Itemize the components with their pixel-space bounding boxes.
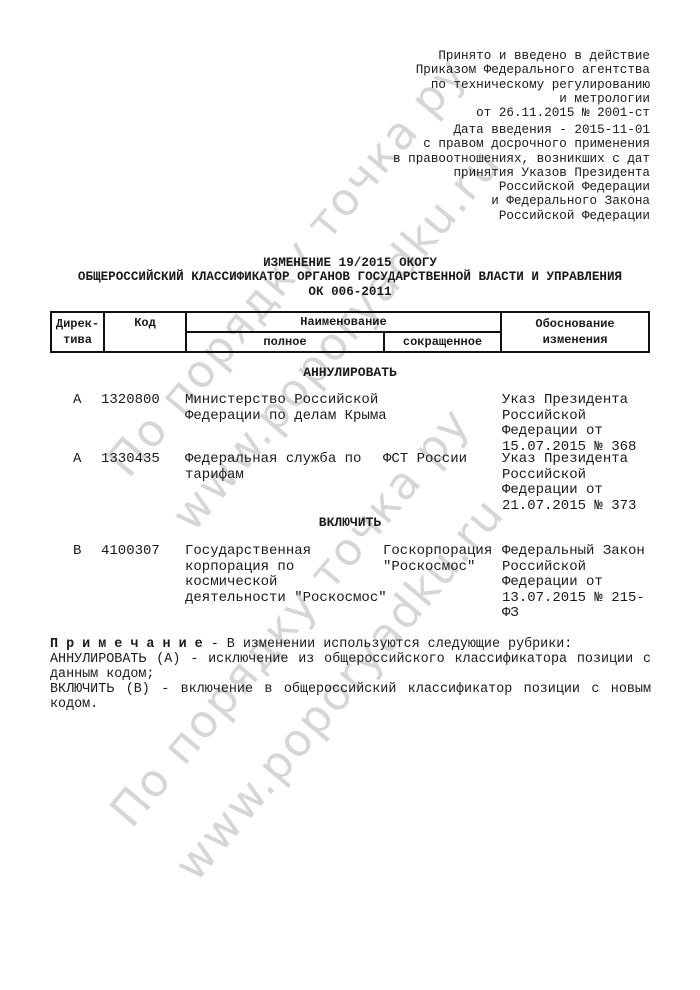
- adoption-block: Принято и введено в действие Приказом Фе…: [416, 49, 650, 120]
- introduction-block: Дата введения - 2015-11-01 с правом доср…: [393, 123, 650, 223]
- cell-directive: В: [73, 544, 93, 560]
- section-heading-annul: АННУЛИРОВАТЬ: [50, 365, 650, 380]
- cell-directive: А: [73, 452, 93, 468]
- section-heading-include: ВКЛЮЧИТЬ: [50, 515, 650, 530]
- cell-justification: Указ Президента Российской Федерации от …: [502, 393, 660, 455]
- note-line-5: кодом.: [50, 697, 651, 712]
- header-name-short: сокращенное: [385, 333, 500, 351]
- header-code: Код: [105, 313, 185, 333]
- note-line-2: АННУЛИРОВАТЬ (А) - исключение из общерос…: [50, 652, 651, 667]
- note-line-1: П р и м е ч а н и е - В изменении исполь…: [50, 637, 651, 652]
- cell-full-name: Государственная корпорация по космическо…: [185, 544, 390, 606]
- document-title: ИЗМЕНЕНИЕ 19/2015 ОКОГУ ОБЩЕРОССИЙСКИЙ К…: [50, 256, 650, 299]
- change-table-header: Дирек- тива Код Наименование полное сокр…: [50, 311, 650, 353]
- cell-short-name: Госкорпорация "Роскосмос": [383, 544, 501, 575]
- cell-short-name: ФСТ России: [383, 452, 501, 468]
- cell-code: 1330435: [101, 452, 171, 468]
- cell-code: 4100307: [101, 544, 171, 560]
- note-block: П р и м е ч а н и е - В изменении исполь…: [50, 637, 651, 712]
- note-label: П р и м е ч а н и е: [50, 637, 203, 652]
- header-name-full: полное: [187, 333, 383, 351]
- note-line-3: данным кодом;: [50, 667, 651, 682]
- cell-code: 1320800: [101, 393, 171, 409]
- header-justification: Обоснование изменения: [502, 313, 648, 351]
- cell-justification: Федеральный Закон Российской Федерации о…: [502, 544, 660, 622]
- cell-directive: А: [73, 393, 93, 409]
- note-line-4: ВКЛЮЧИТЬ (В) - включение в общероссийски…: [50, 682, 651, 697]
- cell-full-name: Федеральная служба по тарифам: [185, 452, 390, 483]
- header-directive: Дирек- тива: [52, 313, 103, 351]
- note-line-1-rest: - В изменении используются следующие руб…: [203, 637, 573, 652]
- cell-justification: Указ Президента Российской Федерации от …: [502, 452, 660, 514]
- document-page: По порядку точка ру www.poporyadku.ru По…: [0, 0, 700, 990]
- cell-full-name: Министерство Российской Федерации по дел…: [185, 393, 390, 424]
- header-name: Наименование: [187, 313, 500, 331]
